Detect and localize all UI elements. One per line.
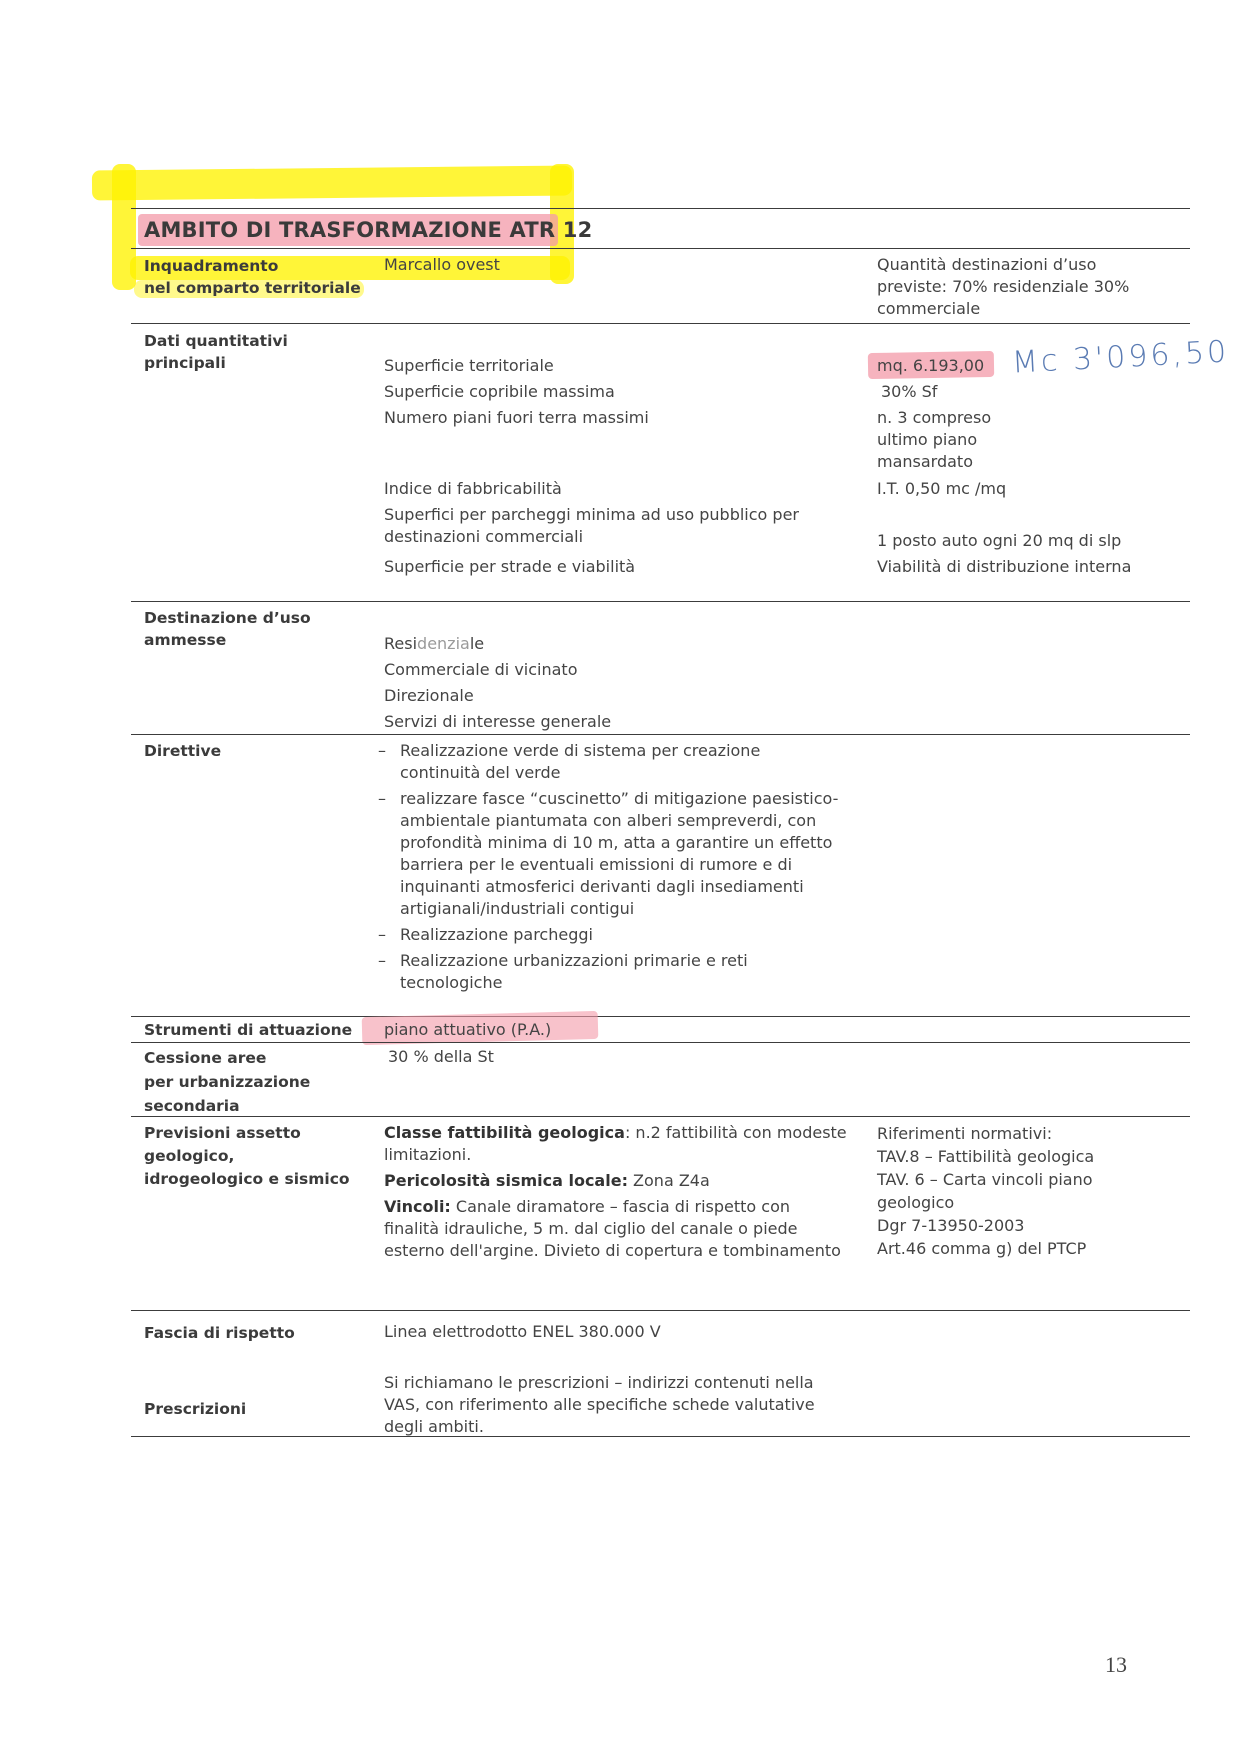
label-line: idrogeologico e sismico: [144, 1168, 350, 1191]
label-line: ammesse: [144, 629, 311, 651]
previsioni-text: Classe fattibilità geologica: n.2 fattib…: [384, 1122, 864, 1266]
label-line: principali: [144, 352, 288, 374]
divider: [131, 1310, 1190, 1311]
riferimento: Riferimenti normativi:: [877, 1122, 1127, 1145]
label-line: nel comparto territoriale: [144, 277, 361, 299]
quantita-destinazioni: Quantità destinazioni d’uso previste: 70…: [877, 254, 1137, 320]
divider: [131, 1116, 1190, 1117]
vincoli-value: Canale diramatore – fascia di rispetto c…: [384, 1197, 841, 1260]
destinazione-item: Direzionale: [384, 685, 474, 707]
label-dati-quantitativi: Dati quantitativi principali: [144, 330, 288, 374]
destinazione-item: Commerciale di vicinato: [384, 659, 577, 681]
label-line: per urbanizzazione: [144, 1070, 310, 1094]
label-line: secondaria: [144, 1094, 310, 1118]
label-inquadramento: Inquadramento nel comparto territoriale: [144, 255, 361, 299]
label-line: Dati quantitativi: [144, 330, 288, 352]
riferimenti-normativi: Riferimenti normativi: TAV.8 – Fattibili…: [877, 1122, 1127, 1260]
vincoli: Vincoli: Canale diramatore – fascia di r…: [384, 1196, 844, 1262]
divider: [131, 734, 1190, 735]
strumenti-value: piano attuativo (P.A.): [384, 1019, 551, 1041]
direttiva-item: Realizzazione verde di sistema per creaz…: [378, 740, 800, 784]
dati-value: 30% Sf: [881, 381, 937, 403]
destinazione-item: Servizi di interesse generale: [384, 711, 611, 733]
dati-name: Numero piani fuori terra massimi: [384, 407, 649, 429]
pericolosita-sismica: Pericolosità sismica locale: Zona Z4a: [384, 1170, 864, 1192]
handwritten-note: Mc 3'096,50: [1011, 334, 1230, 380]
direttiva-item: Realizzazione urbanizzazioni primarie e …: [378, 950, 800, 994]
dati-name: Superficie copribile massima: [384, 381, 615, 403]
fascia-value: Linea elettrodotto ENEL 380.000 V: [384, 1321, 661, 1343]
direttiva-item: Realizzazione parcheggi: [378, 924, 858, 946]
riferimento: Art.46 comma g) del PTCP: [877, 1237, 1127, 1260]
label-line: geologico,: [144, 1145, 350, 1168]
inquadramento-value: Marcallo ovest: [384, 254, 500, 276]
direttiva-item: realizzare fasce “cuscinetto” di mitigaz…: [378, 788, 860, 920]
dati-name: Indice di fabbricabilità: [384, 478, 562, 500]
divider: [131, 1016, 1190, 1017]
dati-value: 1 posto auto ogni 20 mq di slp: [877, 530, 1121, 552]
label-fascia: Fascia di rispetto: [144, 1322, 295, 1344]
cessione-value: 30 % della St: [388, 1046, 494, 1068]
destinazione-item: Residenziale: [384, 633, 484, 655]
dati-name: Superficie territoriale: [384, 355, 554, 377]
divider-bottom: [131, 1436, 1190, 1437]
pericolosita-value: Zona Z4a: [628, 1171, 710, 1190]
classe-label: Classe fattibilità geologica: [384, 1123, 625, 1142]
vincoli-label: Vincoli:: [384, 1197, 451, 1216]
riferimento: Dgr 7-13950-2003: [877, 1214, 1127, 1237]
label-line: Cessione aree: [144, 1046, 310, 1070]
text-part: le: [470, 634, 484, 653]
text-part: Resi: [384, 634, 417, 653]
dati-value: mq. 6.193,00: [877, 355, 984, 377]
pericolosita-label: Pericolosità sismica locale:: [384, 1171, 628, 1190]
riferimento: TAV. 6 – Carta vincoli piano geologico: [877, 1168, 1127, 1214]
classe-fattibilita: Classe fattibilità geologica: n.2 fattib…: [384, 1122, 864, 1166]
label-direttive: Direttive: [144, 740, 221, 762]
label-destinazione-uso: Destinazione d’uso ammesse: [144, 607, 311, 651]
riferimento: TAV.8 – Fattibilità geologica: [877, 1145, 1127, 1168]
dati-value: n. 3 compreso ultimo piano mansardato: [877, 407, 1017, 473]
text-part-faint: denzia: [417, 634, 470, 653]
label-previsioni: Previsioni assetto geologico, idrogeolog…: [144, 1122, 350, 1191]
label-cessione: Cessione aree per urbanizzazione seconda…: [144, 1046, 310, 1118]
divider: [131, 1042, 1190, 1043]
yellow-highlight-top: [92, 165, 572, 200]
divider-top: [131, 208, 1190, 209]
divider-under-title: [131, 248, 1190, 249]
prescrizioni-value: Si richiamano le prescrizioni – indirizz…: [384, 1372, 854, 1438]
dati-value: Viabilità di distribuzione interna: [877, 556, 1131, 578]
dati-name: Superfici per parcheggi minima ad uso pu…: [384, 504, 854, 548]
direttive-list: Realizzazione verde di sistema per creaz…: [378, 740, 858, 998]
dati-value: I.T. 0,50 mc /mq: [877, 478, 1006, 500]
dati-name: Superficie per strade e viabilità: [384, 556, 635, 578]
page-number: 13: [1105, 1652, 1127, 1678]
label-line: Destinazione d’uso: [144, 607, 311, 629]
label-line: Inquadramento: [144, 255, 361, 277]
divider: [131, 323, 1190, 324]
label-line: Previsioni assetto: [144, 1122, 350, 1145]
page-title: AMBITO DI TRASFORMAZIONE ATR 12: [144, 218, 592, 242]
label-prescrizioni: Prescrizioni: [144, 1398, 246, 1420]
divider: [131, 601, 1190, 602]
label-strumenti: Strumenti di attuazione: [144, 1019, 352, 1041]
